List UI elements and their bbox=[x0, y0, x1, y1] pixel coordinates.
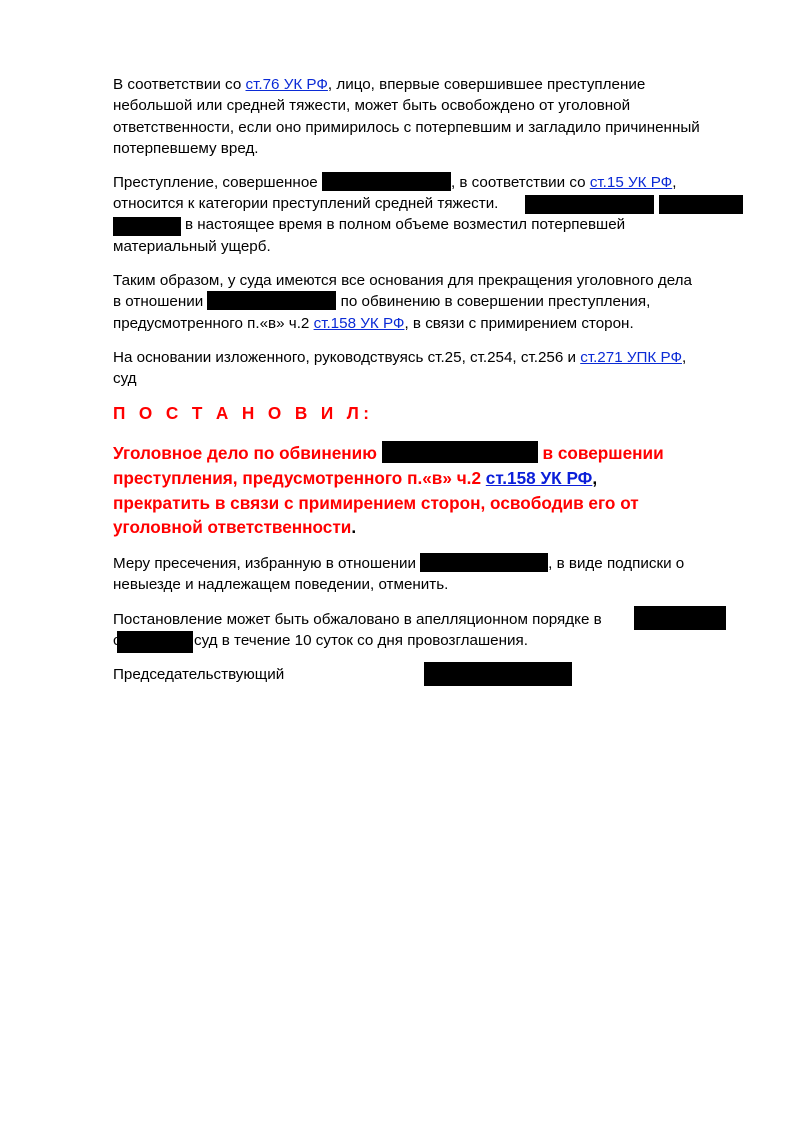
text: , в соответствии со bbox=[451, 174, 590, 191]
text: , bbox=[672, 174, 676, 191]
text: в совершении bbox=[538, 443, 664, 463]
link-st15-uk-rf[interactable]: ст.15 УК РФ bbox=[590, 174, 672, 191]
ruling-line-1: Уголовное дело по обвинению в совершении bbox=[113, 441, 664, 465]
paragraph-3-line-2: в отношении по обвинению в совершении пр… bbox=[113, 291, 650, 312]
ruling-line-3: прекратить в связи с примирением сторон,… bbox=[113, 491, 639, 515]
link-st271-upk-rf[interactable]: ст.271 УПК РФ bbox=[580, 349, 682, 366]
paragraph-6-line-1: Постановление может быть обжаловано в ап… bbox=[113, 609, 602, 630]
text: в отношении bbox=[113, 293, 207, 310]
link-st76-uk-rf[interactable]: ст.76 УК РФ bbox=[246, 76, 328, 93]
redaction bbox=[117, 631, 193, 653]
ruling-line-4: уголовной ответственности. bbox=[113, 515, 356, 539]
paragraph-5-line-2: невыезде и надлежащем поведении, отменит… bbox=[113, 574, 448, 595]
text: уголовной ответственности bbox=[113, 517, 351, 537]
redaction bbox=[382, 441, 538, 463]
text: Меру пресечения, избранную в отношении bbox=[113, 555, 420, 572]
link-st158-uk-rf-ruling[interactable]: ст.158 УК РФ bbox=[486, 468, 593, 488]
text: , в виде подписки о bbox=[548, 555, 684, 572]
text: по обвинению в совершении преступления, bbox=[336, 293, 650, 310]
redaction bbox=[420, 553, 548, 572]
ruling-heading: П О С Т А Н О В И Л: bbox=[113, 403, 373, 424]
redaction bbox=[322, 172, 451, 191]
paragraph-1-line-4: потерпевшему вред. bbox=[113, 138, 259, 159]
redaction bbox=[634, 606, 726, 630]
redaction-signature-name bbox=[424, 662, 572, 686]
paragraph-1-line-2: небольшой или средней тяжести, может быт… bbox=[113, 95, 630, 116]
paragraph-3-line-1: Таким образом, у суда имеются все основа… bbox=[113, 270, 692, 291]
text: На основании изложенного, руководствуясь… bbox=[113, 349, 580, 366]
ruling-line-2: преступления, предусмотренного п.«в» ч.2… bbox=[113, 466, 597, 490]
paragraph-2-line-1: Преступление, совершенное , в соответств… bbox=[113, 172, 676, 193]
paragraph-2-line-4: материальный ущерб. bbox=[113, 236, 271, 257]
text: предусмотренного п.«в» ч.2 bbox=[113, 315, 314, 332]
text: , bbox=[592, 468, 597, 488]
text: . bbox=[351, 517, 356, 537]
paragraph-5-line-1: Меру пресечения, избранную в отношении ,… bbox=[113, 553, 684, 574]
text: В соответствии со bbox=[113, 76, 246, 93]
text: относится к категории преступлений средн… bbox=[113, 195, 498, 212]
paragraph-2-line-2: относится к категории преступлений средн… bbox=[113, 193, 498, 214]
paragraph-1-line-3: ответственности, если оно примирилось с … bbox=[113, 117, 700, 138]
redaction bbox=[525, 195, 654, 214]
paragraph-3-line-3: предусмотренного п.«в» ч.2 ст.158 УК РФ,… bbox=[113, 313, 634, 334]
redaction bbox=[659, 195, 743, 214]
paragraph-4-line-2: суд bbox=[113, 368, 137, 389]
text: , лицо, впервые совершившее преступление bbox=[328, 76, 645, 93]
link-st158-uk-rf[interactable]: ст.158 УК РФ bbox=[314, 315, 405, 332]
paragraph-1-line-1: В соответствии со ст.76 УК РФ, лицо, впе… bbox=[113, 74, 645, 95]
paragraph-6-line-2: суд в течение 10 суток со дня провозглаш… bbox=[194, 630, 528, 651]
text: , в связи с примирением сторон. bbox=[404, 315, 633, 332]
signature-label: Председательствующий bbox=[113, 664, 284, 685]
redaction bbox=[207, 291, 336, 310]
redaction bbox=[113, 217, 181, 236]
paragraph-2-line-3: в настоящее время в полном объеме возмес… bbox=[185, 214, 625, 235]
text: Преступление, совершенное bbox=[113, 174, 322, 191]
paragraph-4-line-1: На основании изложенного, руководствуясь… bbox=[113, 347, 686, 368]
text: преступления, предусмотренного п.«в» ч.2 bbox=[113, 468, 486, 488]
text: Уголовное дело по обвинению bbox=[113, 443, 382, 463]
text: , bbox=[682, 349, 686, 366]
